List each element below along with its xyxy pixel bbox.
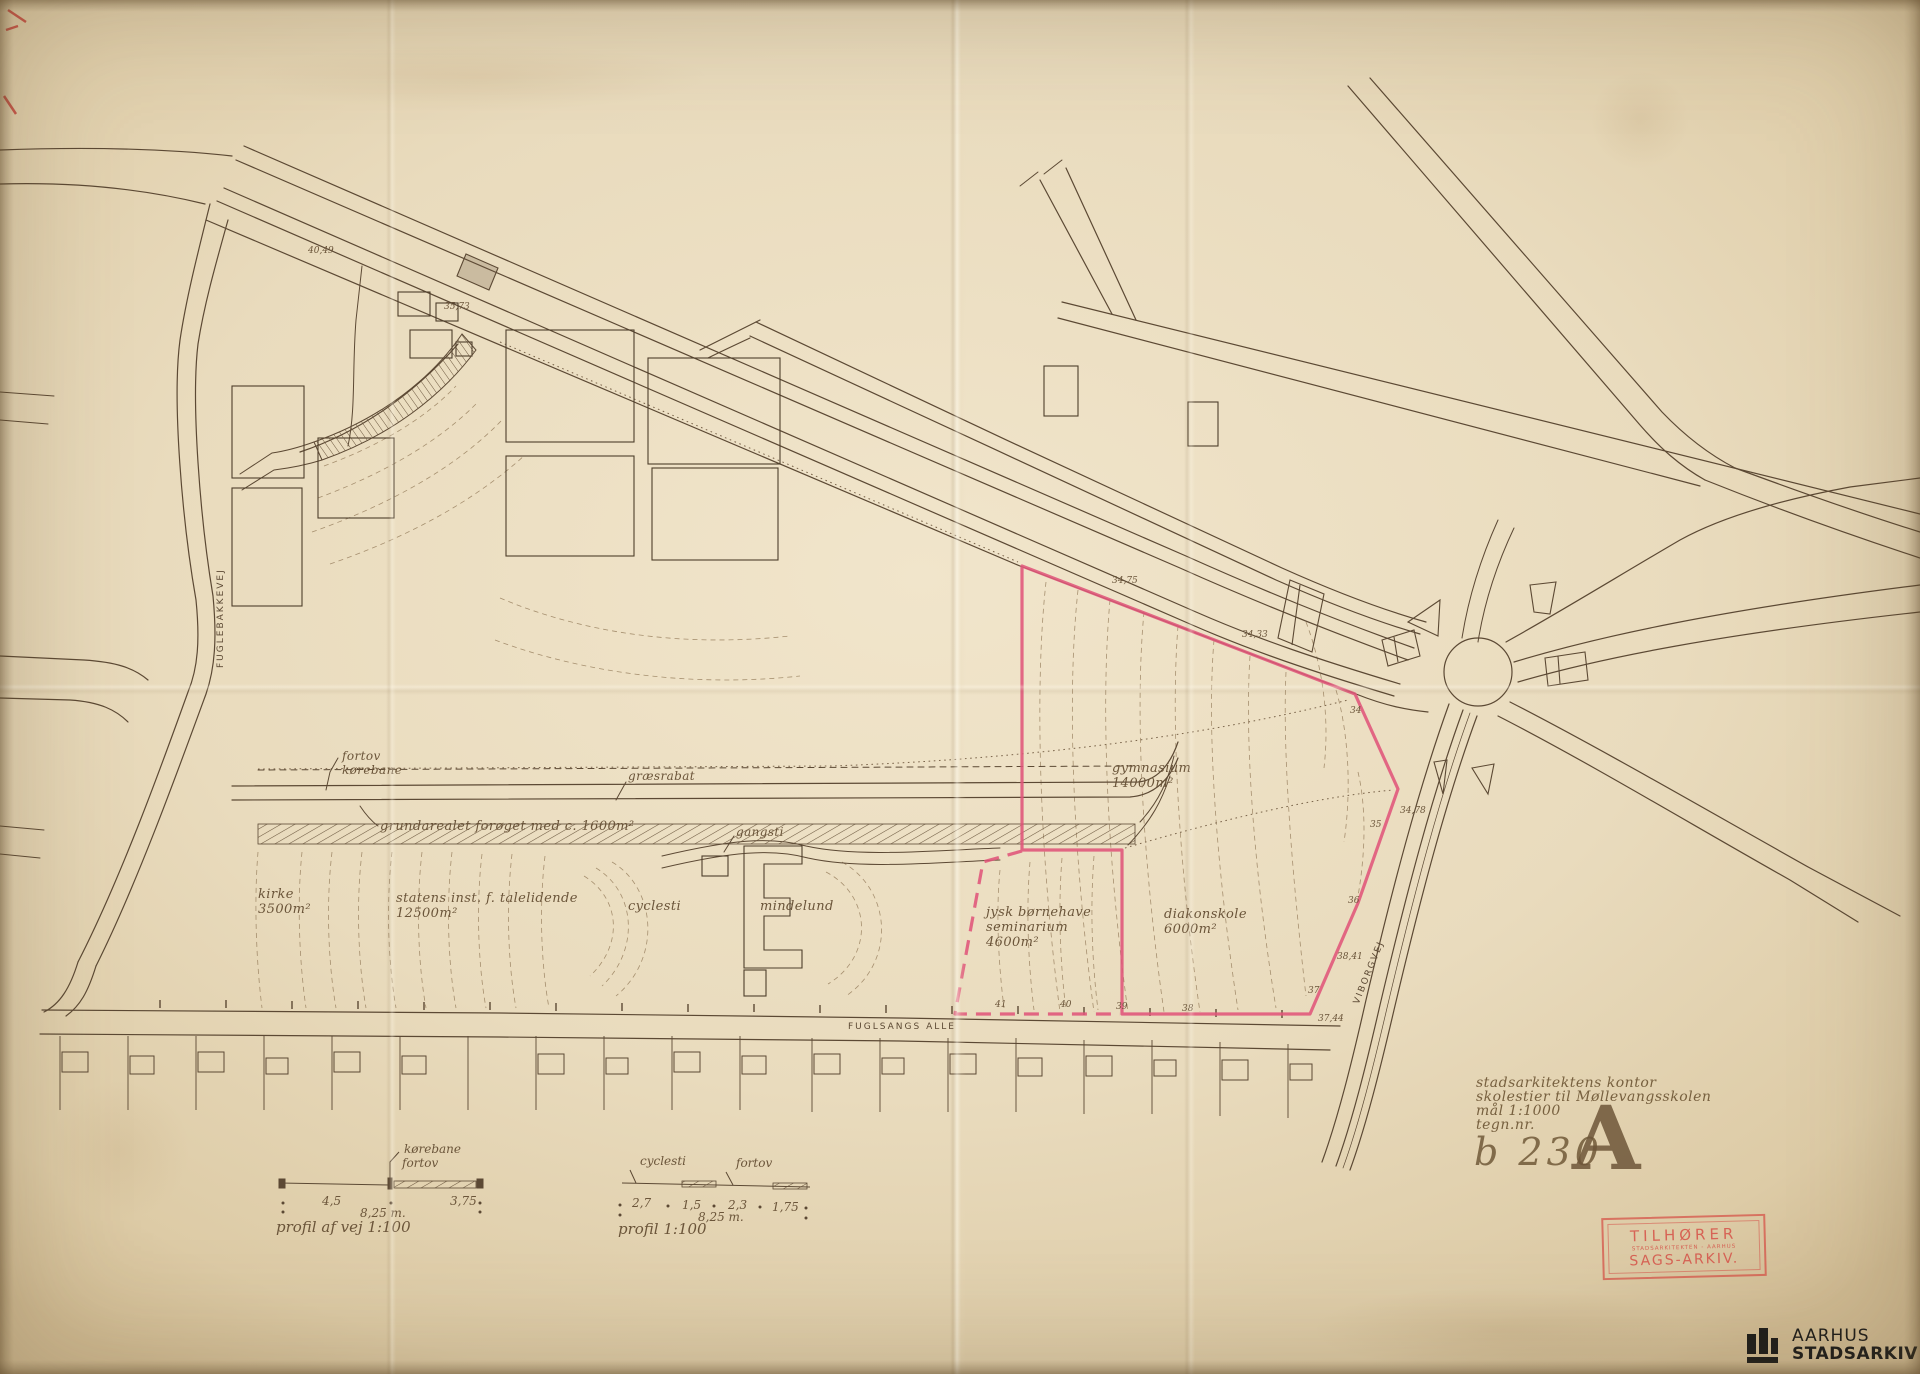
archive-stamp-inner: TILHØRER STADSARKITEKTEN - AARHUS SAGS-A… xyxy=(1607,1220,1760,1274)
elevation-mark: 40 xyxy=(1060,1000,1071,1010)
profile-road-label-korebane: kørebane xyxy=(404,1142,461,1156)
area-label-kirke: kirke 3500m² xyxy=(258,888,311,918)
elevation-mark: 37,44 xyxy=(1318,1014,1344,1024)
profile-road-caption: profil af vej 1:100 xyxy=(276,1218,411,1236)
profile-path-label-cyclesti: cyclesti xyxy=(640,1154,686,1168)
elevation-mark: 34,33 xyxy=(1242,630,1268,640)
profile-road-label-fortov: fortov xyxy=(402,1156,438,1170)
elevation-mark: 34,78 xyxy=(1400,806,1426,816)
drawing-revision-letter: A xyxy=(1572,1094,1640,1182)
profile-path-dim-4: 1,75 xyxy=(772,1200,799,1214)
elevation-mark: 39 xyxy=(1116,1002,1127,1012)
profile-path-caption: profil 1:100 xyxy=(618,1220,707,1238)
elevation-mark: 35,73 xyxy=(444,302,470,312)
elevation-mark: 37 xyxy=(1308,986,1319,996)
elevation-mark: 36 xyxy=(1348,896,1359,906)
dotted-paths-layer xyxy=(258,342,1394,848)
scanned-site-plan: kirke 3500m² statens inst. f. talelidend… xyxy=(0,0,1920,1374)
roads-layer xyxy=(0,78,1920,1170)
elevation-mark: 41 xyxy=(995,1000,1006,1010)
area-label-diakonskole: diakonskole 6000m² xyxy=(1164,908,1247,938)
archive-logo-text: AARHUS STADSARKIV xyxy=(1792,1328,1918,1364)
area-label-statens-institut: statens inst. f. talelidende 12500m² xyxy=(396,892,578,922)
stamp-line-1: TILHØRER xyxy=(1630,1225,1738,1246)
archive-stamp: TILHØRER STADSARKITEKTEN - AARHUS SAGS-A… xyxy=(1601,1214,1767,1280)
archive-logo-line-2: STADSARKIV xyxy=(1792,1346,1918,1364)
stamp-line-3: SAGS-ARKIV. xyxy=(1629,1251,1739,1270)
elevation-mark: 34 xyxy=(1350,706,1361,716)
archive-logo: AARHUS STADSARKIV xyxy=(1744,1324,1918,1364)
elevation-mark: 40,49 xyxy=(308,246,334,256)
curved-road-hatched-band xyxy=(314,334,476,460)
area-label-gymnasium: gymnasium 14000m² xyxy=(1112,762,1191,792)
archive-columns-icon xyxy=(1744,1324,1782,1364)
area-label-boernehave-seminarium: jysk børnehave seminarium 4600m² xyxy=(986,906,1091,950)
area-label-mindelund: mindelund xyxy=(760,900,834,915)
elevation-mark: 35 xyxy=(1370,820,1381,830)
elevation-mark: 38 xyxy=(1182,1004,1193,1014)
house-plots-layer xyxy=(60,1000,1312,1118)
street-name-fuglsangs-alle: FUGLSANGS ALLE xyxy=(848,1022,956,1032)
area-label-cyclesti: cyclesti xyxy=(628,900,681,915)
red-corner-marks xyxy=(4,10,26,114)
elevation-mark: 38,41 xyxy=(1337,952,1363,962)
annotation-graesrabat: græsrabat xyxy=(628,770,695,784)
street-name-fuglebakkevej: FUGLEBAKKEVEJ xyxy=(216,568,226,668)
buildings-layer xyxy=(232,292,1218,996)
annotation-fortov-korebane: fortov kørebane xyxy=(342,750,402,777)
annotation-gangsti: gangsti xyxy=(736,826,784,840)
profile-path-dim-1: 2,7 xyxy=(632,1196,651,1210)
profile-road-dim-1: 4,5 xyxy=(322,1194,341,1208)
elevation-mark: 34,75 xyxy=(1112,576,1138,586)
annotation-grundareal: grundarealet forøget med c. 1600m² xyxy=(380,820,635,835)
profile-road-dim-2: 3,75 xyxy=(450,1194,477,1208)
profile-path-label-fortov: fortov xyxy=(736,1156,772,1170)
